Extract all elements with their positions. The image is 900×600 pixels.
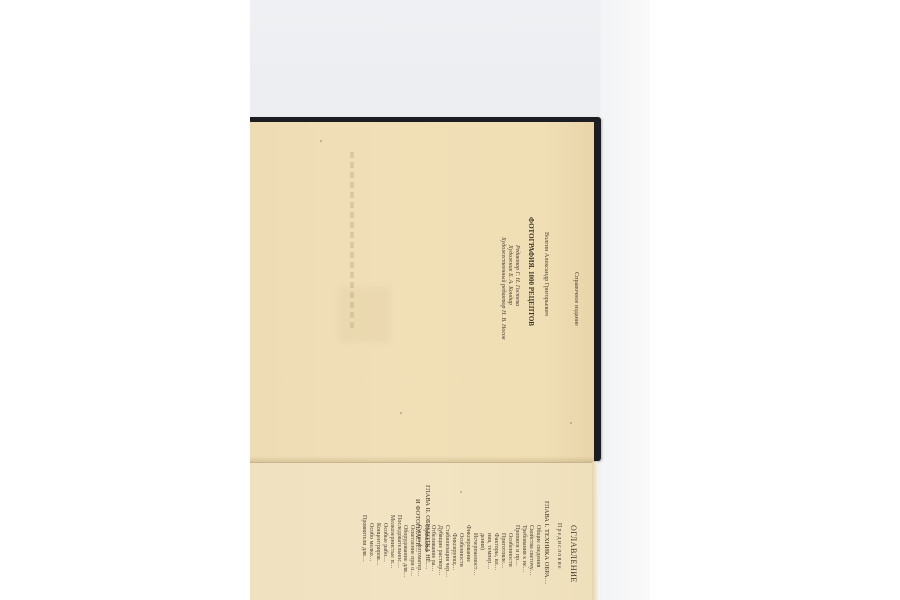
toc-item: Общие сведения [534,525,541,578]
toc-chapter-2-line: ГЛАВА II. ОБРАБОТКА НЕ… [420,485,430,569]
toc-item: Особо мелко… [367,515,374,569]
dust-speck [400,412,402,414]
toc-item: Последовательнос… [395,515,402,569]
toc-chapter-1: ГЛАВА I. ТЕХНИКА ОБРА… [543,501,550,584]
toc-item: Приготовле… [499,525,506,578]
toc-item: Фиксирование [464,525,471,578]
edition-type: Справочное издание [573,272,580,326]
toc-item: ния, темпер… [485,525,492,578]
page-edge [592,462,598,600]
toc-chapter-2-items: Последовательнос… Мелкозернистые п… Особ… [360,515,402,569]
toc-preface: Предисловие [556,523,562,570]
photo-backdrop-right [600,0,650,600]
toc-item: Прописи и пр… [513,525,520,578]
staff-art-editor: Художественный редактор Н. В. Носов [499,237,506,340]
toc-item: Мелкозернистые п… [388,515,395,569]
toc-item: Стабилизация чер… [443,525,450,578]
dust-speck [570,422,572,424]
dust-speck [460,491,462,493]
toc-item: Оборудование для… [401,525,408,578]
toc-item: Требования к не… [520,525,527,578]
toc-item: дения) [478,525,485,578]
faint-stain [340,287,390,342]
toc-item: Свойства светочу… [527,525,534,578]
author-full-name: Волгин Александр Григорьевич [543,232,550,316]
toc-item: Дубящие раствор… [436,525,443,578]
toc-item: Исчерпаемост… [471,525,478,578]
toc-item: Концентриров… [374,515,381,569]
toc-item: Фиксирующ… [450,525,457,578]
toc-item: Особенности [457,525,464,578]
staff-editor: Редактор Г. Н. Гостева [513,237,520,340]
dust-speck [320,140,322,142]
staff-artist: Художник Б. А. Кондар [506,237,513,340]
toc-chapter-2: ГЛАВА II. ОБРАБОТКА НЕ… И ФОТОПЛАСТ… [410,485,430,569]
toc-item: Проявители для… [360,515,367,569]
imprint-page: ББК 85.716 В67 УДК 77.02:541.14+771.4 В6… [250,122,594,462]
toc-item: Особые рабо… [381,515,388,569]
contents-page: ОГЛАВЛЕНИЕ Предисловие ГЛАВА I. ТЕХНИКА … [250,462,595,600]
contents-title: ОГЛАВЛЕНИЕ [569,525,578,583]
editorial-staff: Редактор Г. Н. Гостева Художник Б. А. Ко… [499,237,520,340]
toc-chapter-2-line: И ФОТОПЛАСТ… [410,485,420,569]
book-title: ФОТОГРАФИЯ. 1000 РЕЦЕПТОВ [527,217,535,326]
toc-item: Особенности [506,525,513,578]
toc-item: Факторы, вл… [492,525,499,578]
